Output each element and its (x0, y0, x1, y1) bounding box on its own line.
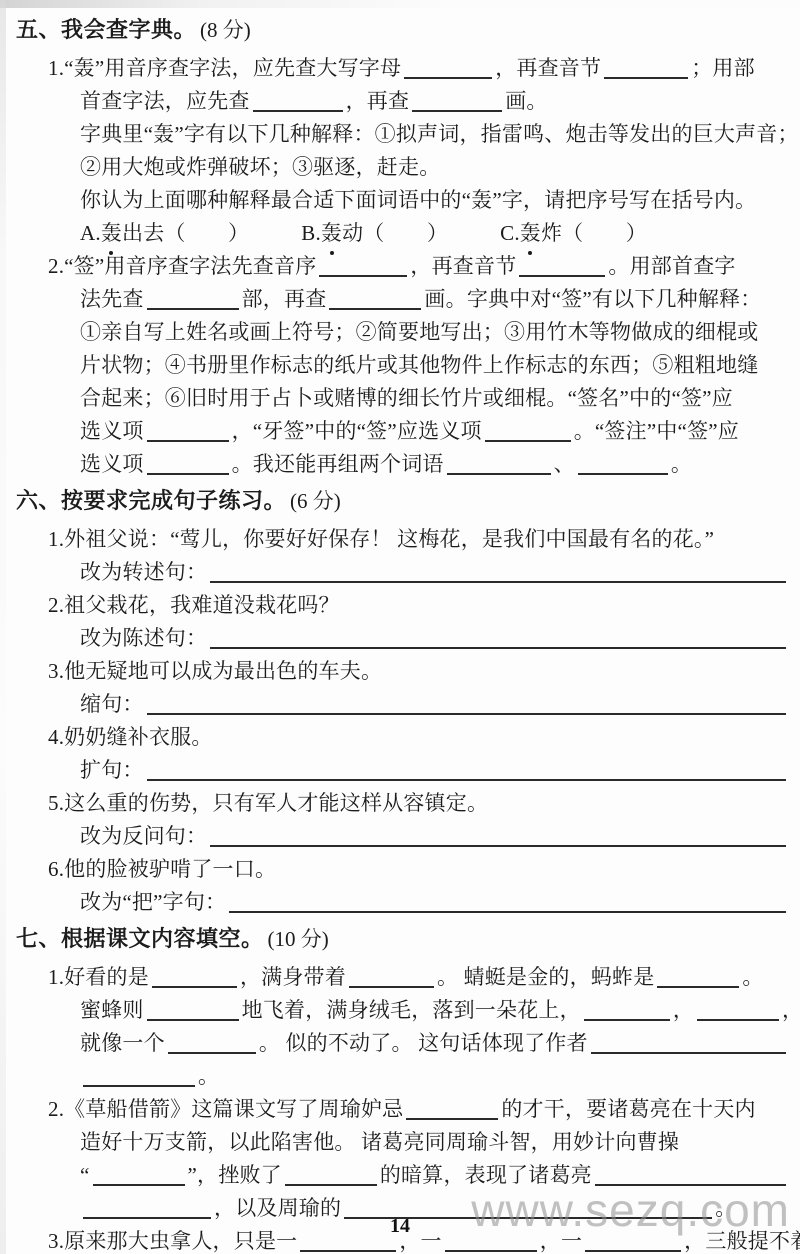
text-line: 首查字法，应先查，再查画。 (0, 85, 794, 118)
answer-blank[interactable] (253, 110, 343, 112)
text-segment: 选义项 (80, 448, 144, 481)
text-line: 6.他的脸被驴啃了一口。 (0, 853, 794, 886)
answer-blank[interactable] (147, 1019, 239, 1021)
text-segment: A. (80, 217, 101, 250)
text-line: 选义项。我还能再组两个词语、。 (0, 448, 794, 481)
answer-blank[interactable] (412, 110, 502, 112)
text-segment: 片状物；④书册里作标志的纸片或其他物件上作标志的东西；⑤粗粗地缝 (80, 349, 758, 382)
answer-line[interactable] (591, 1052, 786, 1054)
text-segment: 首查字法，应先查 (80, 85, 250, 118)
text-segment: 。 (198, 1060, 219, 1093)
answer-line[interactable] (147, 779, 786, 781)
answer-blank[interactable] (329, 308, 421, 310)
worksheet-page: 五、我会查字典。(8 分)1.“轰”用音序查字法，应先查大写字母，再查音节；用部… (0, 0, 800, 1254)
text-segment: 1.好看的是 (48, 961, 149, 994)
section-heading: 六、按要求完成句子练习。(6 分) (0, 481, 794, 521)
text-line: 合起来；⑥旧时用于占卜或赌博的细长竹片或细棍。“签名”中的“签”应 (0, 382, 794, 415)
answer-blank[interactable] (147, 440, 229, 442)
text-line: 扩句： (0, 754, 794, 787)
text-line: 字典里“轰”字有以下几种解释：①拟声词，指雷鸣、炮击等发出的巨大声音； (0, 118, 794, 151)
text-segment: ，再查音节 (410, 250, 516, 283)
text-segment: 改为转述句： (80, 556, 207, 589)
text-segment: 改为“把”字句： (80, 886, 226, 919)
emphasized-char: 轰 (101, 217, 122, 250)
answer-line[interactable] (595, 1184, 786, 1186)
answer-line[interactable] (229, 911, 786, 913)
text-segment: C. (500, 217, 520, 250)
text-segment: 2.祖父栽花，我难道没栽花吗？ (48, 589, 340, 622)
text-segment: ，“牙签”中的“签”应选义项 (232, 415, 482, 448)
text-segment: 法先查 (80, 283, 144, 316)
text-segment: 就像一个 (80, 1027, 165, 1060)
emphasized-char: 轰 (520, 217, 541, 250)
text-segment: 4.奶奶缝补衣服。 (48, 721, 213, 754)
answer-blank[interactable] (147, 473, 229, 475)
text-segment: ①亲自写上姓名或画上符号；②简要地写出；③用竹木等物做成的细棍或 (80, 316, 758, 349)
text-line: 1.好看的是，满身带着。 蜻蜓是金的，蚂蚱是。 (0, 961, 794, 994)
text-line: 片状物；④书册里作标志的纸片或其他物件上作标志的东西；⑤粗粗地缝 (0, 349, 794, 382)
answer-blank[interactable] (349, 986, 434, 988)
text-line: 。 (0, 1060, 794, 1093)
answer-blank[interactable] (147, 308, 239, 310)
answer-blank[interactable] (604, 77, 688, 79)
answer-blank[interactable] (657, 986, 739, 988)
text-line: 2.“签”用音序查字法先查音序，再查音节。用部首查字 (0, 250, 794, 283)
answer-line[interactable] (210, 647, 786, 649)
text-segment: 。 (671, 448, 692, 481)
answer-blank[interactable] (152, 986, 237, 988)
answer-blank[interactable] (168, 1052, 256, 1054)
text-line: 缩句： (0, 688, 794, 721)
emphasized-char: 轰 (321, 217, 342, 250)
text-segment: 5.这么重的伤势，只有军人才能这样从容镇定。 (48, 787, 488, 820)
worksheet-content: 五、我会查字典。(8 分)1.“轰”用音序查字法，应先查大写字母，再查音节；用部… (0, 10, 794, 1254)
text-segment: 。用部首查字 (608, 250, 735, 283)
text-line: 蜜蜂则地飞着，满身绒毛，落到一朵花上，，， (0, 994, 794, 1027)
text-segment: ”，挫败了 (188, 1159, 282, 1192)
section-1: 五、我会查字典。(8 分)1.“轰”用音序查字法，应先查大写字母，再查音节；用部… (0, 10, 794, 481)
text-segment: 画。 (505, 85, 547, 118)
answer-blank[interactable] (285, 1184, 377, 1186)
answer-blank[interactable] (445, 1250, 537, 1252)
text-segment: 画。字典中对“签”有以下几种解释： (424, 283, 761, 316)
page-number: 14 (0, 1215, 800, 1238)
text-segment: 动（ ） (342, 217, 448, 250)
answer-blank[interactable] (319, 275, 407, 277)
text-segment: 、 (554, 448, 575, 481)
text-segment: 。“签注”中“签”应 (574, 415, 739, 448)
text-segment: ；用部 (691, 52, 755, 85)
text-segment: 扩句： (80, 754, 144, 787)
text-segment: 6.他的脸被驴啃了一口。 (48, 853, 276, 886)
text-line: “”，挫败了的暗算，表现了诸葛亮 (0, 1159, 794, 1192)
answer-line[interactable] (147, 713, 786, 715)
text-segment: 。 蜻蜓是金的，蚂蚱是 (437, 961, 654, 994)
text-segment: ，再查音节 (495, 52, 601, 85)
section-heading: 七、根据课文内容填空。(10 分) (0, 919, 794, 959)
text-segment: 蜜蜂则 (80, 994, 144, 1027)
text-line: 改为陈述句： (0, 622, 794, 655)
section-heading: 五、我会查字典。(8 分) (0, 10, 794, 50)
text-segment: B. (301, 217, 321, 250)
text-line: 你认为上面哪种解释最合适下面词语中的“轰”字，请把序号写在括号内。 (0, 184, 794, 217)
text-segment: 1.外祖父说：“莺儿，你要好好保存！ 这梅花，是我们中国最有名的花。” (48, 523, 714, 556)
section-2: 六、按要求完成句子练习。(6 分)1.外祖父说：“莺儿，你要好好保存！ 这梅花，… (0, 481, 794, 919)
answer-blank[interactable] (584, 1019, 670, 1021)
text-segment: 你认为上面哪种解释最合适下面词语中的“轰”字，请把序号写在括号内。 (80, 184, 756, 217)
text-segment: 3.他无疑地可以成为最出色的车夫。 (48, 655, 382, 688)
text-segment: “ (80, 1159, 90, 1192)
text-line: 改为反问句： (0, 820, 794, 853)
answer-blank[interactable] (404, 77, 492, 79)
section-score: (10 分) (268, 927, 329, 951)
answer-blank[interactable] (485, 440, 571, 442)
answer-blank[interactable] (93, 1184, 185, 1186)
section-score: (6 分) (290, 489, 341, 513)
answer-blank[interactable] (83, 1085, 195, 1087)
section-title: 六、按要求完成句子练习。 (16, 488, 286, 513)
answer-blank[interactable] (406, 1118, 498, 1120)
text-segment: 。 似的不动了。 这句话体现了作者 (259, 1027, 588, 1060)
text-line: 造好十万支箭，以此陷害他。 诸葛亮同周瑜斗智，用妙计向曹操 (0, 1126, 794, 1159)
answer-blank[interactable] (519, 275, 605, 277)
text-segment: ，再查 (346, 85, 410, 118)
text-line: 1.“轰”用音序查字法，应先查大写字母，再查音节；用部 (0, 52, 794, 85)
text-segment: 缩句： (80, 688, 144, 721)
text-segment: 炸（ ） (541, 217, 647, 250)
text-line: 5.这么重的伤势，只有军人才能这样从容镇定。 (0, 787, 794, 820)
text-segment: ，满身带着 (240, 961, 346, 994)
text-line: 3.他无疑地可以成为最出色的车夫。 (0, 655, 794, 688)
text-line: 1.外祖父说：“莺儿，你要好好保存！ 这梅花，是我们中国最有名的花。” (0, 523, 794, 556)
text-line: 选义项，“牙签”中的“签”应选义项。“签注”中“签”应 (0, 415, 794, 448)
text-line: ①亲自写上姓名或画上符号；②简要地写出；③用竹木等物做成的细棍或 (0, 316, 794, 349)
text-segment: 2.“签”用音序查字法先查音序 (48, 250, 316, 283)
text-segment: 的暗算，表现了诸葛亮 (380, 1159, 592, 1192)
section-score: (8 分) (200, 18, 251, 42)
text-segment: 的才干，要诸葛亮在十天内 (501, 1093, 755, 1126)
text-segment: ， (782, 994, 800, 1027)
text-line: 4.奶奶缝补衣服。 (0, 721, 794, 754)
text-segment: 。 (742, 961, 763, 994)
text-segment: 地飞着，满身绒毛，落到一朵花上， (242, 994, 581, 1027)
answer-line[interactable] (210, 581, 786, 583)
section-3: 七、根据课文内容填空。(10 分)1.好看的是，满身带着。 蜻蜓是金的，蚂蚱是。… (0, 919, 794, 1254)
text-segment: 改为反问句： (80, 820, 207, 853)
text-line: 2.祖父栽花，我难道没栽花吗？ (0, 589, 794, 622)
text-segment: 合起来；⑥旧时用于占卜或赌博的细长竹片或细棍。“签名”中的“签”应 (80, 382, 733, 415)
section-title: 七、根据课文内容填空。 (16, 926, 264, 951)
answer-line[interactable] (210, 845, 786, 847)
text-segment: 造好十万支箭，以此陷害他。 诸葛亮同周瑜斗智，用妙计向曹操 (80, 1126, 679, 1159)
answer-blank[interactable] (697, 1019, 779, 1021)
text-segment: 部，再查 (242, 283, 327, 316)
text-line: 改为转述句： (0, 556, 794, 589)
text-line: A.轰出去（ ）B.轰动（ ）C.轰炸（ ） (0, 217, 794, 250)
text-line: ②用大炮或炸弹破坏；③驱逐，赶走。 (0, 151, 794, 184)
text-segment: 字典里“轰”字有以下几种解释：①拟声词，指雷鸣、炮击等发出的巨大声音； (80, 118, 799, 151)
text-line: 改为“把”字句： (0, 886, 794, 919)
answer-blank[interactable] (447, 473, 551, 475)
answer-blank[interactable] (300, 1250, 396, 1252)
text-line: 就像一个。 似的不动了。 这句话体现了作者 (0, 1027, 794, 1060)
text-segment: 。我还能再组两个词语 (232, 448, 444, 481)
text-line: 2.《草船借箭》这篇课文写了周瑜妒忌的才干，要诸葛亮在十天内 (0, 1093, 794, 1126)
answer-blank[interactable] (578, 473, 668, 475)
text-segment: 出去（ ） (122, 217, 249, 250)
section-title: 五、我会查字典。 (16, 17, 196, 42)
text-segment: 1.“轰”用音序查字法，应先查大写字母 (48, 52, 401, 85)
text-segment: 改为陈述句： (80, 622, 207, 655)
text-segment: 2.《草船借箭》这篇课文写了周瑜妒忌 (48, 1093, 403, 1126)
text-line: 法先查部，再查画。字典中对“签”有以下几种解释： (0, 283, 794, 316)
text-segment: 选义项 (80, 415, 144, 448)
text-segment: ②用大炮或炸弹破坏；③驱逐，赶走。 (80, 151, 440, 184)
answer-blank[interactable] (585, 1250, 681, 1252)
text-segment: ， (673, 994, 694, 1027)
